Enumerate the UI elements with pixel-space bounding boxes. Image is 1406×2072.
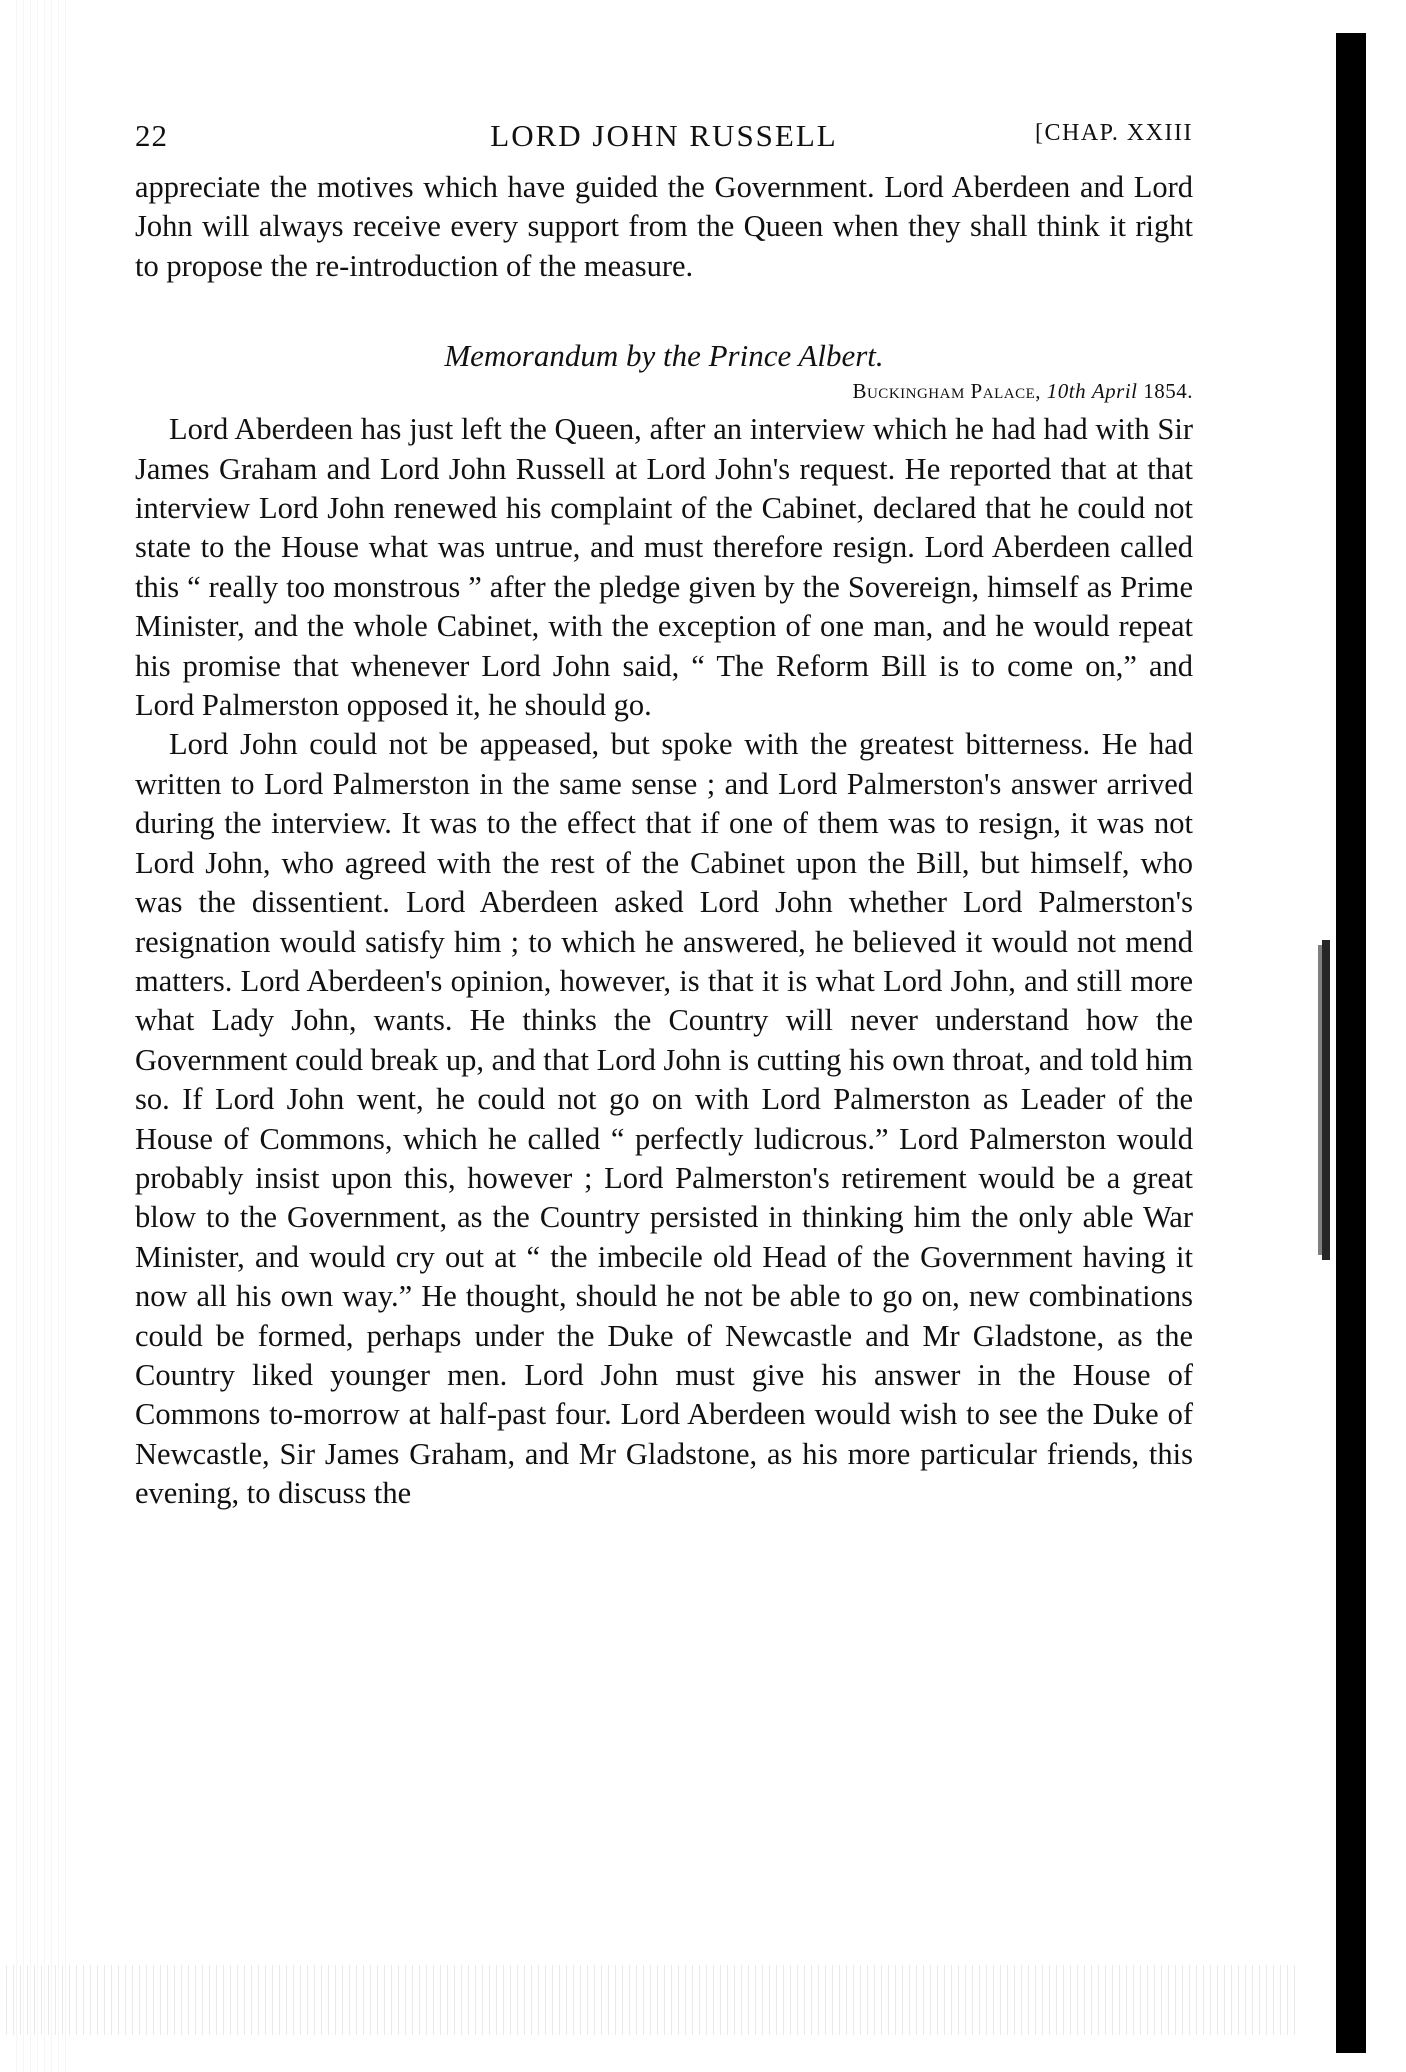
dateline-place: Buckingham Palace,	[852, 379, 1041, 403]
scan-noise-bottom	[0, 1965, 1300, 2035]
opening-paragraph: appreciate the motives which have guided…	[135, 168, 1193, 286]
scan-edge-shadow	[1336, 33, 1366, 2053]
scan-edge-shadow-inner	[1322, 940, 1330, 1260]
scan-noise-left	[10, 0, 70, 2072]
dateline-year: 1854.	[1143, 379, 1193, 403]
memo-paragraph-1: Lord Aberdeen has just left the Queen, a…	[135, 410, 1193, 725]
memorandum-heading: Memorandum by the Prince Albert.	[135, 336, 1193, 376]
book-page: 22 LORD JOHN RUSSELL [CHAP. XXIII apprec…	[135, 118, 1193, 1514]
dateline-month: April	[1092, 379, 1138, 403]
dateline-day: 10th	[1047, 379, 1086, 403]
running-head: 22 LORD JOHN RUSSELL [CHAP. XXIII	[135, 118, 1193, 168]
page-body: appreciate the motives which have guided…	[135, 168, 1193, 1514]
chapter-label: [CHAP. XXIII	[1035, 120, 1193, 147]
dateline: Buckingham Palace, 10th April 1854.	[135, 376, 1193, 406]
memo-paragraph-2: Lord John could not be appeased, but spo…	[135, 725, 1193, 1513]
scan-edge-shadow-outer	[1318, 945, 1322, 1255]
